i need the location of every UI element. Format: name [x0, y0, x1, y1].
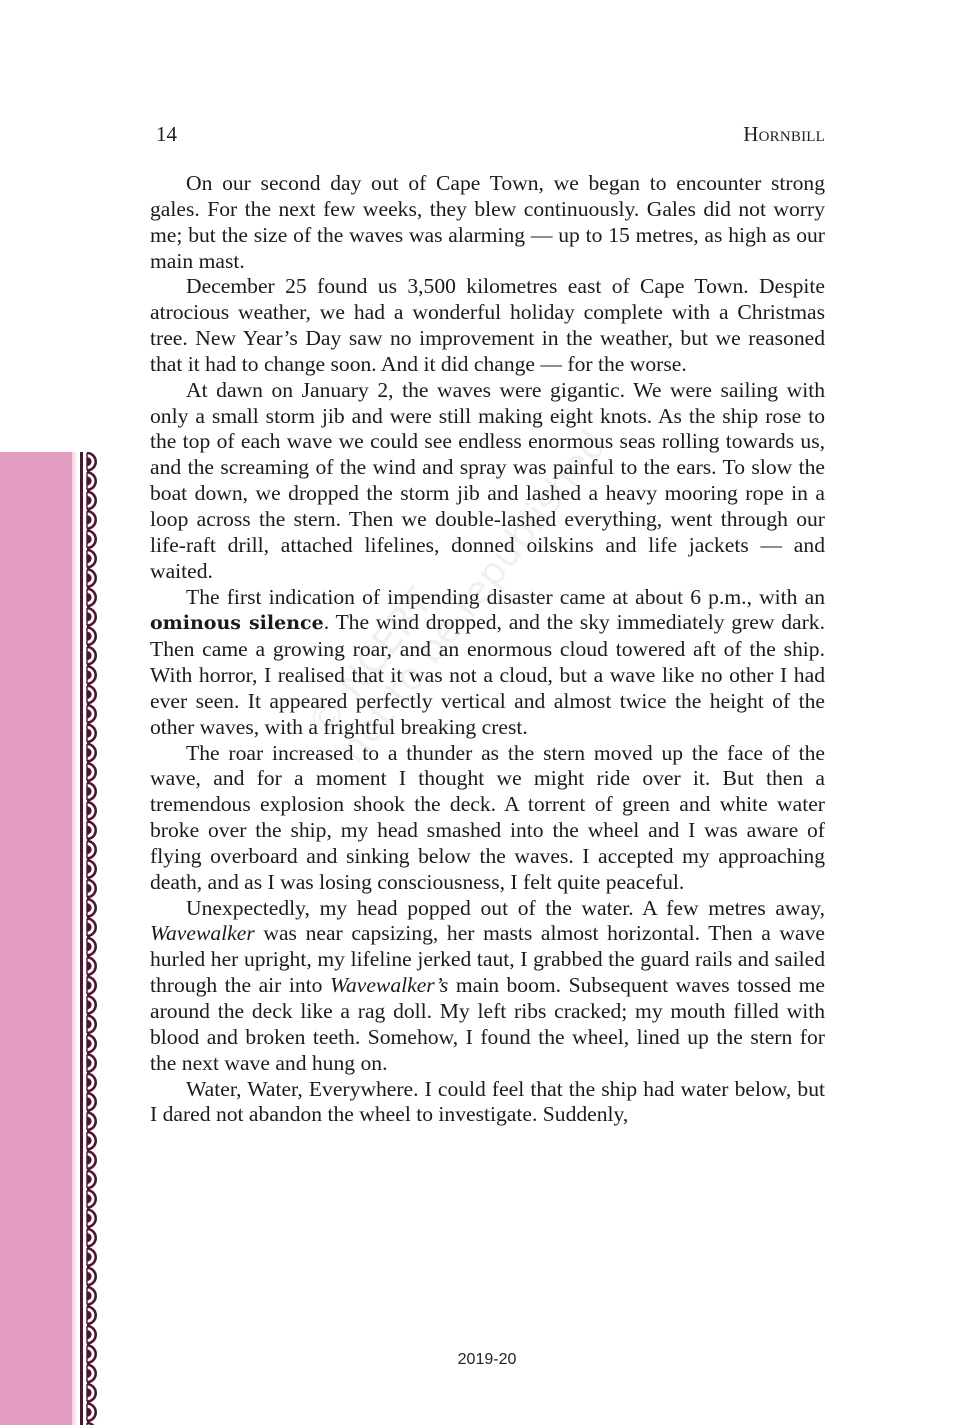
- paragraph: December 25 found us 3,500 kilometres ea…: [150, 274, 825, 377]
- body-text: On our second day out of Cape Town, we b…: [150, 171, 825, 1128]
- paragraph: Unexpectedly, my head popped out of the …: [150, 896, 825, 1077]
- text-segment: Water, Water, Everywhere. I could feel t…: [150, 1077, 825, 1127]
- scallop-border-icon: [86, 452, 108, 1425]
- text-segment: The roar increased to a thunder as the s…: [150, 741, 825, 894]
- paragraph: At dawn on January 2, the waves were gig…: [150, 378, 825, 585]
- italic-ship-name: Wavewalker: [150, 921, 255, 945]
- page-number: 14: [156, 122, 177, 147]
- paragraph: The first indication of impending disast…: [150, 585, 825, 741]
- text-segment: On our second day out of Cape Town, we b…: [150, 171, 825, 273]
- text-segment: Unexpectedly, my head popped out of the …: [186, 896, 825, 920]
- bold-term-ominous-silence: ominous silence: [150, 612, 324, 634]
- paragraph: On our second day out of Cape Town, we b…: [150, 171, 825, 274]
- paragraph: The roar increased to a thunder as the s…: [150, 741, 825, 896]
- footer-year: 2019-20: [0, 1351, 974, 1369]
- running-head-book-title: Hornbill: [743, 122, 825, 147]
- italic-ship-name: Wavewalker’s: [330, 973, 448, 997]
- text-segment: The first indication of impending disast…: [186, 585, 825, 609]
- decorative-margin-band: [0, 452, 72, 1425]
- text-segment: December 25 found us 3,500 kilometres ea…: [150, 274, 825, 376]
- decorative-border-line: [80, 452, 83, 1425]
- paragraph: Water, Water, Everywhere. I could feel t…: [150, 1077, 825, 1129]
- margin-band-edge: [72, 452, 78, 1425]
- text-segment: At dawn on January 2, the waves were gig…: [150, 378, 825, 583]
